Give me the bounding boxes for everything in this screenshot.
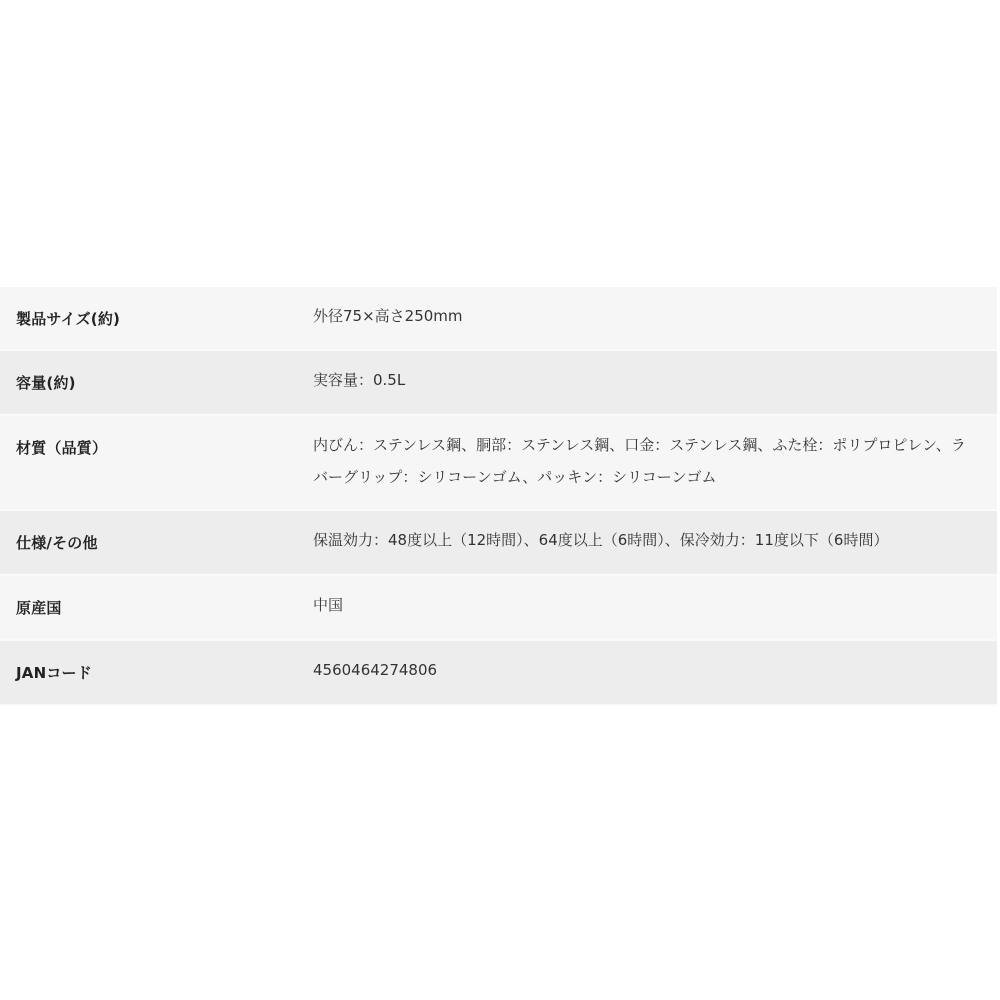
spec-label: JANコード: [0, 640, 313, 705]
spec-label: 製品サイズ(約): [0, 287, 313, 350]
spec-row-specifications: 仕様/その他 保温効力：48度以上（12時間）、64度以上（6時間）、保冷効力：…: [0, 510, 997, 575]
product-spec-table: 製品サイズ(約) 外径75×高さ250mm 容量(約) 実容量：0.5L 材質（…: [0, 287, 997, 706]
spec-label: 原産国: [0, 575, 313, 640]
spec-value: 実容量：0.5L: [313, 350, 997, 415]
spec-row-jan-code: JANコード 4560464274806: [0, 640, 997, 705]
spec-value-text: 4560464274806: [313, 654, 977, 686]
spec-label: 材質（品質）: [0, 415, 313, 510]
spec-value: 内びん：ステンレス鋼、胴部：ステンレス鋼、口金：ステンレス鋼、ふた栓：ポリプロピ…: [313, 415, 997, 510]
spec-row-capacity: 容量(約) 実容量：0.5L: [0, 350, 997, 415]
spec-row-origin: 原産国 中国: [0, 575, 997, 640]
spec-value-text: 内びん：ステンレス鋼、胴部：ステンレス鋼、口金：ステンレス鋼、ふた栓：ポリプロピ…: [313, 429, 977, 493]
spec-label: 仕様/その他: [0, 510, 313, 575]
spec-row-size: 製品サイズ(約) 外径75×高さ250mm: [0, 287, 997, 350]
spec-value: 4560464274806: [313, 640, 997, 705]
spec-value: 保温効力：48度以上（12時間）、64度以上（6時間）、保冷効力：11度以下（6…: [313, 510, 997, 575]
spec-value-text: 中国: [313, 589, 977, 621]
spec-value-text: 外径75×高さ250mm: [313, 300, 977, 332]
spec-label: 容量(約): [0, 350, 313, 415]
spec-value: 外径75×高さ250mm: [313, 287, 997, 350]
spec-row-material: 材質（品質） 内びん：ステンレス鋼、胴部：ステンレス鋼、口金：ステンレス鋼、ふた…: [0, 415, 997, 510]
spec-value-text: 保温効力：48度以上（12時間）、64度以上（6時間）、保冷効力：11度以下（6…: [313, 524, 977, 556]
spec-value-text: 実容量：0.5L: [313, 364, 977, 396]
spec-value: 中国: [313, 575, 997, 640]
